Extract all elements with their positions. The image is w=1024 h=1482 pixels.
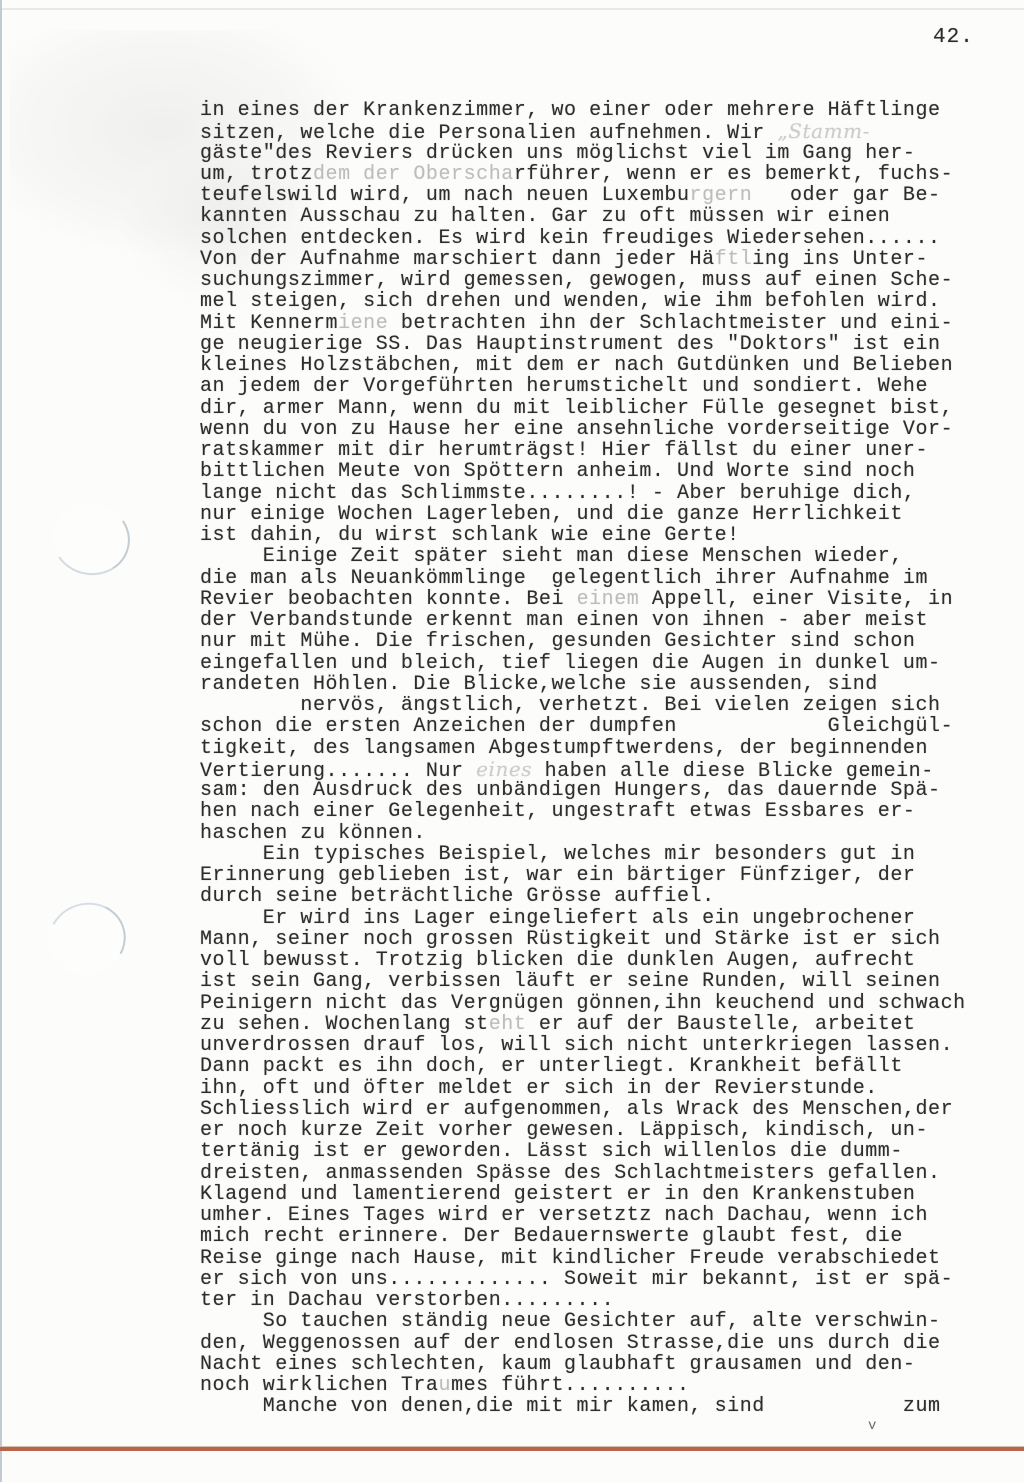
text-line: an jedem der Vorgeführten herumstichelt … (200, 376, 990, 397)
text-line: den, Weggenossen auf der endlosen Strass… (200, 1333, 990, 1354)
faded-text: einem (577, 588, 640, 611)
typed-text: randeten Höhlen. Die Blicke,welche sie a… (200, 673, 878, 696)
text-line: ter in Dachau verstorben......... (200, 1290, 990, 1311)
typed-text: ist dahin, du wirst schlank wie eine Ger… (200, 524, 740, 547)
text-line: Dann packt es ihn doch, er unterliegt. K… (200, 1056, 990, 1077)
typed-text: tigkeit, des langsamen Abgestumpftwerden… (200, 737, 928, 760)
typed-text: ihn, oft und öfter meldet er sich in der… (200, 1077, 878, 1100)
typed-text: betrachten ihn der Schlachtmeister und e… (388, 312, 953, 335)
typed-text: Von der Aufnahme marschiert dann jeder H… (200, 248, 715, 271)
text-line: er noch kurze Zeit vorher gewesen. Läppi… (200, 1120, 990, 1141)
typed-text: Mit Kennerm (200, 312, 338, 335)
typed-text: zum (903, 1395, 941, 1418)
typed-text: den, Weggenossen auf der endlosen Strass… (200, 1332, 941, 1355)
typed-text: ratskammer mit dir herumträgst! Hier fäl… (200, 439, 928, 462)
typed-text: suchungszimmer, wird gemessen, gewogen, … (200, 269, 953, 292)
text-line: gäste"des Reviers drücken uns möglichst … (200, 143, 990, 164)
text-line: hen nach einer Gelegenheit, ungestraft e… (200, 801, 990, 822)
typed-text: Peinigern nicht das Vergnügen gönnen,ihn… (200, 992, 966, 1015)
text-line: durch seine beträchtliche Grösse auffiel… (200, 886, 990, 907)
text-line: um, trotzdem der Oberscharführer, wenn e… (200, 164, 990, 185)
punch-hole-mark (39, 893, 135, 986)
typed-text: schon die ersten Anzeichen der dumpfen G… (200, 715, 953, 738)
text-line: eingefallen und bleich, tief liegen die … (200, 653, 990, 674)
typed-text: die man als Neuankömmlinge gelegentlich … (200, 567, 928, 590)
typed-text: Dann packt es ihn doch, er unterliegt. K… (200, 1055, 903, 1078)
text-line: er sich von uns............. Soweit mir … (200, 1269, 990, 1290)
typed-text: nur mit Mühe. Die frischen, gesunden Ges… (200, 630, 915, 653)
typed-text: Einige Zeit später sieht man diese Mensc… (200, 545, 903, 568)
typed-text: rführer, wenn er es bemerkt, fuchs- (514, 163, 953, 186)
typed-text: ist sein Gang, verbissen läuft er seine … (200, 970, 941, 993)
text-line: Einige Zeit später sieht man diese Mensc… (200, 546, 990, 567)
text-line: wenn du von zu Hause her eine ansehnlich… (200, 419, 990, 440)
text-line: nervös, ängstlich, verhetzt. Bei vielen … (200, 695, 990, 716)
text-line: randeten Höhlen. Die Blicke,welche sie a… (200, 674, 990, 695)
text-line: kannten Ausschau zu halten. Gar zu oft m… (200, 206, 990, 227)
faded-text: ftl (715, 248, 753, 271)
text-line: in eines der Krankenzimmer, wo einer ode… (200, 100, 990, 121)
typed-text: eingefallen und bleich, tief liegen die … (200, 652, 941, 675)
text-line: ihn, oft und öfter meldet er sich in der… (200, 1078, 990, 1099)
typed-text: gäste"des Reviers drücken uns möglichst … (200, 142, 915, 165)
text-line: dreisten, anmassenden Spässe des Schlach… (200, 1163, 990, 1184)
text-line: Vertierung....... Nur eines haben alle d… (200, 759, 990, 780)
typed-text: haschen zu können. (200, 822, 426, 845)
text-line: umher. Eines Tages wird er versetztz nac… (200, 1205, 990, 1226)
text-line: nur einige Wochen Lagerleben, und die ga… (200, 504, 990, 525)
text-line: ist dahin, du wirst schlank wie eine Ger… (200, 525, 990, 546)
typed-text: mes führt.......... (451, 1374, 690, 1397)
text-line: lange nicht das Schlimmste........! - Ab… (200, 483, 990, 504)
typed-text: Schliesslich wird er aufgenommen, als Wr… (200, 1098, 953, 1121)
typed-text: wenn du von zu Hause her eine ansehnlich… (200, 418, 953, 441)
text-line: Mann, seiner noch grossen Rüstigkeit und… (200, 929, 990, 950)
typed-text: nervös, ängstlich, verhetzt. Bei vielen … (200, 694, 941, 717)
text-line: kleines Holzstäbchen, mit dem er nach Gu… (200, 355, 990, 376)
typed-text: ter in Dachau verstorben......... (200, 1289, 614, 1312)
text-line: sam: den Ausdruck des unbändigen Hungers… (200, 780, 990, 801)
typed-text: Nacht eines schlechten, kaum glaubhaft g… (200, 1353, 915, 1376)
typed-text: kleines Holzstäbchen, mit dem er nach Gu… (200, 354, 953, 377)
typed-text: an jedem der Vorgeführten herumstichelt … (200, 375, 928, 398)
text-line: Mit Kennermiene betrachten ihn der Schla… (200, 313, 990, 334)
page-number: 42. (933, 26, 974, 49)
text-line: Revier beobachten konnte. Bei einem Appe… (200, 589, 990, 610)
faded-text: „Stamm- (777, 119, 870, 143)
text-line: Peinigern nicht das Vergnügen gönnen,ihn… (200, 993, 990, 1014)
typed-text: nur einige Wochen Lagerleben, und die ga… (200, 503, 903, 526)
typed-text: Klagend und lamentierend geistert er in … (200, 1183, 915, 1206)
typed-text: zu sehen. Wochenlang st (200, 1013, 489, 1036)
typed-text: solchen entdecken. Es wird kein freudige… (200, 227, 941, 250)
text-line: noch wirklichen Traumes führt.......... (200, 1375, 990, 1396)
scan-top-hairline (0, 8, 1024, 10)
faded-text: u (439, 1374, 452, 1397)
bottom-rule (0, 1446, 1024, 1451)
text-line: zu sehen. Wochenlang steht er auf der Ba… (200, 1014, 990, 1035)
paper-left-edge (0, 0, 2, 1482)
text-line: Klagend und lamentierend geistert er in … (200, 1184, 990, 1205)
typed-text: umher. Eines Tages wird er versetztz nac… (200, 1204, 928, 1227)
typed-text: Manche von denen,die mit mir kamen, sind (200, 1395, 903, 1418)
typed-text: um, trotz (200, 163, 313, 186)
faded-text: eines (476, 757, 532, 781)
typed-text: mich recht erinnere. Der Bedauernswerte … (200, 1225, 903, 1248)
faded-text: eht (489, 1013, 527, 1036)
typed-text: Mann, seiner noch grossen Rüstigkeit und… (200, 928, 941, 951)
typed-text: mel steigen, sich drehen und wenden, wie… (200, 290, 941, 313)
typed-text: dir, armer Mann, wenn du mit leiblicher … (200, 397, 953, 420)
typed-text: unverdrossen drauf los, will sich nicht … (200, 1034, 953, 1057)
text-line: dir, armer Mann, wenn du mit leiblicher … (200, 398, 990, 419)
typed-text: ing ins Unter- (752, 248, 928, 271)
text-line: haschen zu können. (200, 823, 990, 844)
typed-text: lange nicht das Schlimmste........! - Ab… (200, 482, 915, 505)
typed-text: oder gar Be- (752, 184, 940, 207)
typed-text: dreisten, anmassenden Spässe des Schlach… (200, 1162, 941, 1185)
faded-text: dem der Oberscha (313, 163, 514, 186)
typed-text: sam: den Ausdruck des unbändigen Hungers… (200, 779, 941, 802)
text-line: Nacht eines schlechten, kaum glaubhaft g… (200, 1354, 990, 1375)
faded-text: rgern (690, 184, 753, 207)
typed-text: noch wirklichen Tra (200, 1374, 439, 1397)
text-line: bittlichen Meute von Spöttern anheim. Un… (200, 461, 990, 482)
stray-pen-mark: v (868, 1418, 876, 1434)
typed-text: der Verbandstunde erkennt man einen von … (200, 609, 928, 632)
text-line: Erinnerung geblieben ist, war ein bärtig… (200, 865, 990, 886)
text-block: in eines der Krankenzimmer, wo einer ode… (200, 100, 990, 1418)
typed-text: er noch kurze Zeit vorher gewesen. Läppi… (200, 1119, 928, 1142)
text-line: voll bewusst. Trotzig blicken die dunkle… (200, 950, 990, 971)
typed-text: tertänig ist er geworden. Lässt sich wil… (200, 1140, 903, 1163)
text-line: Er wird ins Lager eingeliefert als ein u… (200, 908, 990, 929)
text-line: die man als Neuankömmlinge gelegentlich … (200, 568, 990, 589)
text-line: mel steigen, sich drehen und wenden, wie… (200, 291, 990, 312)
text-line: tertänig ist er geworden. Lässt sich wil… (200, 1141, 990, 1162)
typed-text: ge neugierige SS. Das Hauptinstrument de… (200, 333, 941, 356)
typed-text: er sich von uns............. Soweit mir … (200, 1268, 953, 1291)
typed-text: kannten Ausschau zu halten. Gar zu oft m… (200, 205, 890, 228)
typed-text: Reise ginge nach Hause, mit kindlicher F… (200, 1247, 941, 1270)
faded-text: iene (338, 312, 388, 335)
text-line: schon die ersten Anzeichen der dumpfen G… (200, 716, 990, 737)
text-line: Schliesslich wird er aufgenommen, als Wr… (200, 1099, 990, 1120)
text-line: Von der Aufnahme marschiert dann jeder H… (200, 249, 990, 270)
text-line: ge neugierige SS. Das Hauptinstrument de… (200, 334, 990, 355)
text-line: mich recht erinnere. Der Bedauernswerte … (200, 1226, 990, 1247)
text-line: ist sein Gang, verbissen läuft er seine … (200, 971, 990, 992)
text-line: Manche von denen,die mit mir kamen, sind… (200, 1396, 990, 1417)
typed-text: voll bewusst. Trotzig blicken die dunkle… (200, 949, 915, 972)
typed-text: er auf der Baustelle, arbeitet (526, 1013, 915, 1036)
typed-text: Ein typisches Beispiel, welches mir beso… (200, 843, 915, 866)
text-line: ratskammer mit dir herumträgst! Hier fäl… (200, 440, 990, 461)
typed-text: hen nach einer Gelegenheit, ungestraft e… (200, 800, 915, 823)
typed-text: Revier beobachten konnte. Bei (200, 588, 577, 611)
text-line: Ein typisches Beispiel, welches mir beso… (200, 844, 990, 865)
text-line: der Verbandstunde erkennt man einen von … (200, 610, 990, 631)
text-line: suchungszimmer, wird gemessen, gewogen, … (200, 270, 990, 291)
text-line: unverdrossen drauf los, will sich nicht … (200, 1035, 990, 1056)
typed-text: durch seine beträchtliche Grösse auffiel… (200, 885, 715, 908)
typed-text: teufelswild wird, um nach neuen Luxembu (200, 184, 690, 207)
typed-text: bittlichen Meute von Spöttern anheim. Un… (200, 460, 915, 483)
typed-text: Erinnerung geblieben ist, war ein bärtig… (200, 864, 915, 887)
text-line: tigkeit, des langsamen Abgestumpftwerden… (200, 738, 990, 759)
text-line: teufelswild wird, um nach neuen Luxembur… (200, 185, 990, 206)
text-line: sitzen, welche die Personalien aufnehmen… (200, 121, 990, 142)
text-line: So tauchen ständig neue Gesichter auf, a… (200, 1311, 990, 1332)
typed-text: Appell, einer Visite, in (639, 588, 953, 611)
punch-hole-mark (45, 496, 136, 583)
text-line: Reise ginge nach Hause, mit kindlicher F… (200, 1248, 990, 1269)
text-line: solchen entdecken. Es wird kein freudige… (200, 228, 990, 249)
typed-text: So tauchen ständig neue Gesichter auf, a… (200, 1310, 941, 1333)
text-line: nur mit Mühe. Die frischen, gesunden Ges… (200, 631, 990, 652)
typed-text: Er wird ins Lager eingeliefert als ein u… (200, 907, 915, 930)
